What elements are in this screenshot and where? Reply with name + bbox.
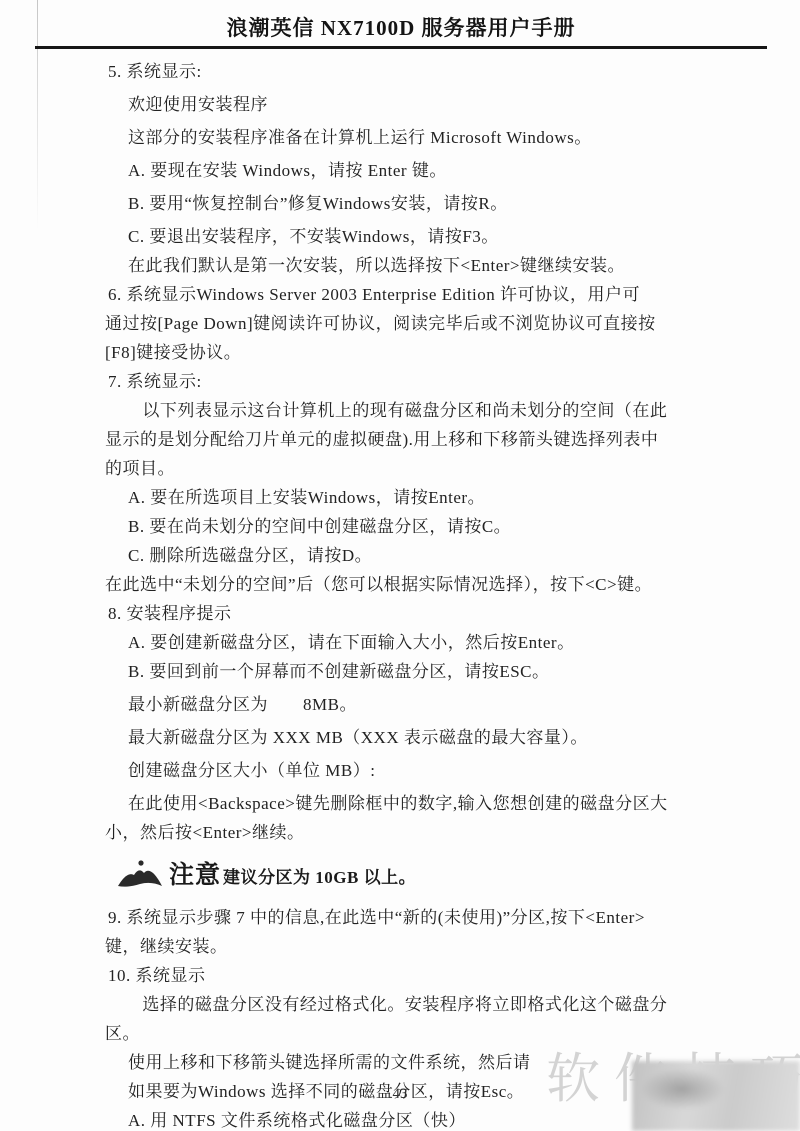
text-line: B. 要用“恢复控制台”修复Windows安装，请按R。 bbox=[128, 193, 728, 214]
text-line: A. 要在所选项目上安装Windows，请按Enter。 bbox=[128, 487, 728, 508]
text-line: C. 要退出安装程序，不安装Windows，请按F3。 bbox=[128, 226, 728, 247]
note-label: 注意 bbox=[169, 863, 221, 889]
text-line: 最小新磁盘分区为 8MB。 bbox=[128, 694, 728, 715]
text-line: B. 要在尚未划分的空间中创建磁盘分区，请按C。 bbox=[128, 516, 728, 537]
text-line: 小，然后按<Enter>继续。 bbox=[105, 822, 728, 843]
text-line: 6. 系统显示Windows Server 2003 Enterprise Ed… bbox=[108, 284, 728, 305]
text-line: 选择的磁盘分区没有经过格式化。安装程序将立即格式化这个磁盘分 bbox=[105, 994, 728, 1015]
text-line: 5. 系统显示: bbox=[108, 61, 728, 82]
section-steps-5-8: 5. 系统显示:欢迎使用安装程序这部分的安装程序准备在计算机上运行 Micros… bbox=[105, 61, 728, 843]
text-line: 创建磁盘分区大小（单位 MB）: bbox=[128, 760, 728, 781]
text-line: C. 删除所选磁盘分区，请按D。 bbox=[128, 545, 728, 566]
text-line: 键，继续安装。 bbox=[105, 936, 728, 957]
manual-page: 浪潮英信 NX7100D 服务器用户手册 5. 系统显示:欢迎使用安装程序这部分… bbox=[0, 0, 800, 1131]
text-line: 在此我们默认是第一次安装，所以选择按下<Enter>键继续安装。 bbox=[128, 255, 728, 276]
text-line: 在此选中“未划分的空间”后（您可以根据实际情况选择），按下<C>键。 bbox=[105, 574, 728, 595]
note-block: 注意 建议分区为 10GB 以上。 bbox=[117, 859, 728, 889]
page-header: 浪潮英信 NX7100D 服务器用户手册 bbox=[35, 0, 767, 49]
text-line: 10. 系统显示 bbox=[108, 965, 728, 986]
warning-mountain-icon bbox=[117, 859, 163, 889]
text-line: 区。 bbox=[105, 1023, 728, 1044]
text-line: B. 要回到前一个屏幕而不创建新磁盘分区，请按ESC。 bbox=[128, 661, 728, 682]
text-line: A. 要创建新磁盘分区，请在下面输入大小，然后按Enter。 bbox=[128, 632, 728, 653]
text-line: [F8]键接受协议。 bbox=[105, 342, 728, 363]
text-line: 欢迎使用安装程序 bbox=[128, 94, 728, 115]
text-line: 以下列表显示这台计算机上的现有磁盘分区和尚未划分的空间（在此 bbox=[105, 400, 728, 421]
text-line: 最大新磁盘分区为 XXX MB（XXX 表示磁盘的最大容量）。 bbox=[128, 727, 728, 748]
page-number: 43 bbox=[393, 1086, 408, 1102]
document-body: 5. 系统显示:欢迎使用安装程序这部分的安装程序准备在计算机上运行 Micros… bbox=[0, 49, 800, 1131]
text-line: 9. 系统显示步骤 7 中的信息,在此选中“新的(未使用)”分区,按下<Ente… bbox=[108, 907, 728, 928]
text-line: 8. 安装程序提示 bbox=[108, 603, 728, 624]
text-line: 7. 系统显示: bbox=[108, 371, 728, 392]
text-line: 在此使用<Backspace>键先删除框中的数字,输入您想创建的磁盘分区大 bbox=[128, 793, 728, 814]
text-line: 的项目。 bbox=[105, 458, 728, 479]
text-line: 通过按[Page Down]键阅读许可协议，阅读完毕后或不浏览协议可直接按 bbox=[105, 313, 728, 334]
blurred-stamp-blob bbox=[632, 1061, 800, 1131]
text-line: A. 要现在安装 Windows，请按 Enter 键。 bbox=[128, 160, 728, 181]
text-line: 显示的是划分配给刀片单元的虚拟硬盘).用上移和下移箭头键选择列表中 bbox=[105, 429, 728, 450]
page-title: 浪潮英信 NX7100D 服务器用户手册 bbox=[227, 16, 576, 40]
text-line: 这部分的安装程序准备在计算机上运行 Microsoft Windows。 bbox=[128, 127, 728, 148]
note-text: 建议分区为 10GB 以上。 bbox=[223, 867, 416, 889]
